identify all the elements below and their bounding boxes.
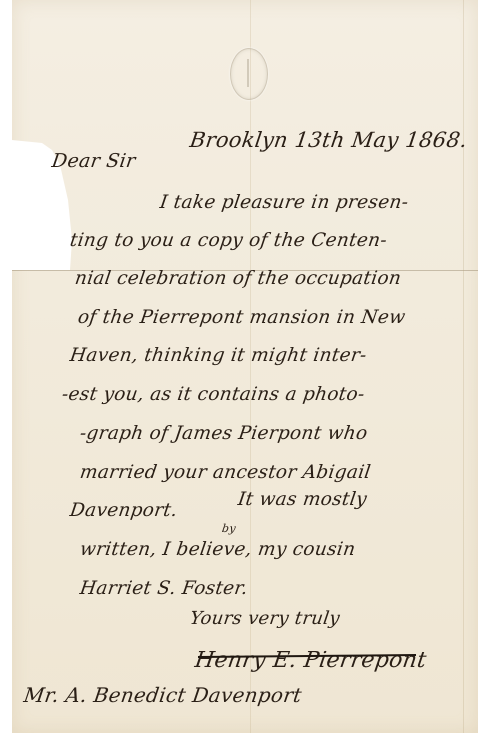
interlinear-insert: by bbox=[221, 522, 237, 535]
body-line: I take pleasure in presen- bbox=[159, 192, 410, 213]
body-line: ting to you a copy of the Centen- bbox=[69, 230, 389, 251]
body-line: -graph of James Pierpont who bbox=[79, 423, 369, 444]
body-line: It was mostly bbox=[237, 489, 369, 510]
body-line: of the Pierrepont mansion in New bbox=[77, 307, 407, 328]
body-line: married your ancestor Abigail bbox=[79, 462, 373, 483]
paper-right-edge bbox=[463, 0, 464, 733]
body-line: Davenport. bbox=[69, 500, 179, 521]
date-line: Brooklyn 13th May 1868. bbox=[188, 128, 469, 152]
closing: Yours very truly bbox=[189, 608, 342, 629]
body-line: written, I believe, my cousin bbox=[79, 539, 357, 560]
body-line: -est you, as it contains a photo- bbox=[61, 384, 366, 405]
body-line: nial celebration of the occupation bbox=[74, 268, 403, 289]
embossed-stamp-icon bbox=[230, 48, 268, 100]
letter-canvas: Brooklyn 13th May 1868. Dear Sir I take … bbox=[0, 0, 495, 750]
salutation: Dear Sir bbox=[50, 150, 137, 172]
body-line: Haven, thinking it might inter- bbox=[69, 345, 369, 366]
body-line: Harriet S. Foster. bbox=[79, 578, 250, 599]
addressee: Mr. A. Benedict Davenport bbox=[22, 683, 303, 707]
signature: Henry E. Pierrepont bbox=[193, 648, 428, 673]
